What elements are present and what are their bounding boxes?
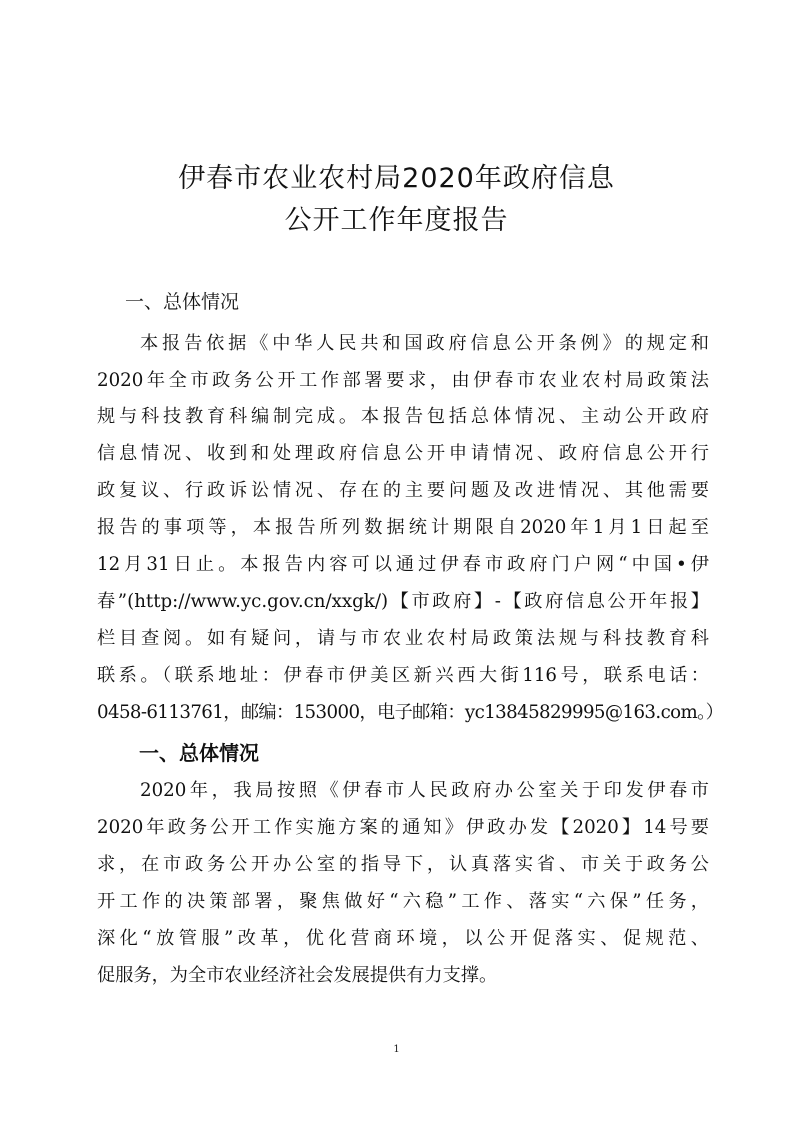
paragraph-line: 促服务，为全市农业经济社会发展提供有力支撑。 — [97, 961, 709, 987]
paragraph-line: 规与科技教育科编制完成。本报告包括总体情况、主动公开政府 — [97, 402, 709, 428]
paragraph-line: 求，在市政务公开办公室的指导下，认真落实省、市关于政务公 — [97, 850, 709, 876]
paragraph-line: 2020年，我局按照《伊春市人民政府办公室关于印发伊春市 — [140, 776, 709, 802]
paragraph-line: 联系。（联系地址：伊春市伊美区新兴西大街116号，联系电话： — [97, 661, 709, 687]
document-title-line-2: 公开工作年度报告 — [0, 198, 793, 237]
section-heading-overview-bold: 一、总体情况 — [139, 737, 259, 766]
paragraph-line: 12月31日止。本报告内容可以通过伊春市政府门户网“中国•伊 — [97, 550, 709, 576]
paragraph-line: 信息情况、收到和处理政府信息公开申请情况、政府信息公开行 — [97, 439, 709, 465]
paragraph-line-with-link: 春”(http://www.yc.gov.cn/xxgk/)【市政府】-【政府信… — [97, 587, 709, 613]
paragraph-line: 栏目查阅。如有疑问，请与市农业农村局政策法规与科技教育科 — [97, 624, 709, 650]
paragraph-line: 深化“放管服”改革，优化营商环境，以公开促落实、促规范、 — [97, 924, 709, 950]
paragraph-line-contact: 0458-6113761，邮编：153000，电子邮箱：yc1384582999… — [97, 698, 709, 724]
section-heading-overview: 一、总体情况 — [125, 287, 239, 314]
document-title-line-1: 伊春市农业农村局2020年政府信息 — [0, 156, 793, 195]
page-number: 1 — [0, 1044, 793, 1055]
paragraph-line: 报告的事项等，本报告所列数据统计期限自2020年1月1日起至 — [97, 513, 709, 539]
paragraph-line: 2020年全市政务公开工作部署要求，由伊春市农业农村局政策法 — [97, 366, 709, 392]
paragraph-line: 本报告依据《中华人民共和国政府信息公开条例》的规定和 — [140, 329, 709, 355]
paragraph-line: 政复议、行政诉讼情况、存在的主要问题及改进情况、其他需要 — [97, 476, 709, 502]
paragraph-line: 开工作的决策部署，聚焦做好“六稳”工作、落实“六保”任务， — [97, 887, 709, 913]
document-page: 伊春市农业农村局2020年政府信息 公开工作年度报告 一、总体情况 本报告依据《… — [0, 0, 793, 1122]
paragraph-line: 2020年政务公开工作实施方案的通知》伊政办发【2020】14号要 — [97, 813, 709, 839]
